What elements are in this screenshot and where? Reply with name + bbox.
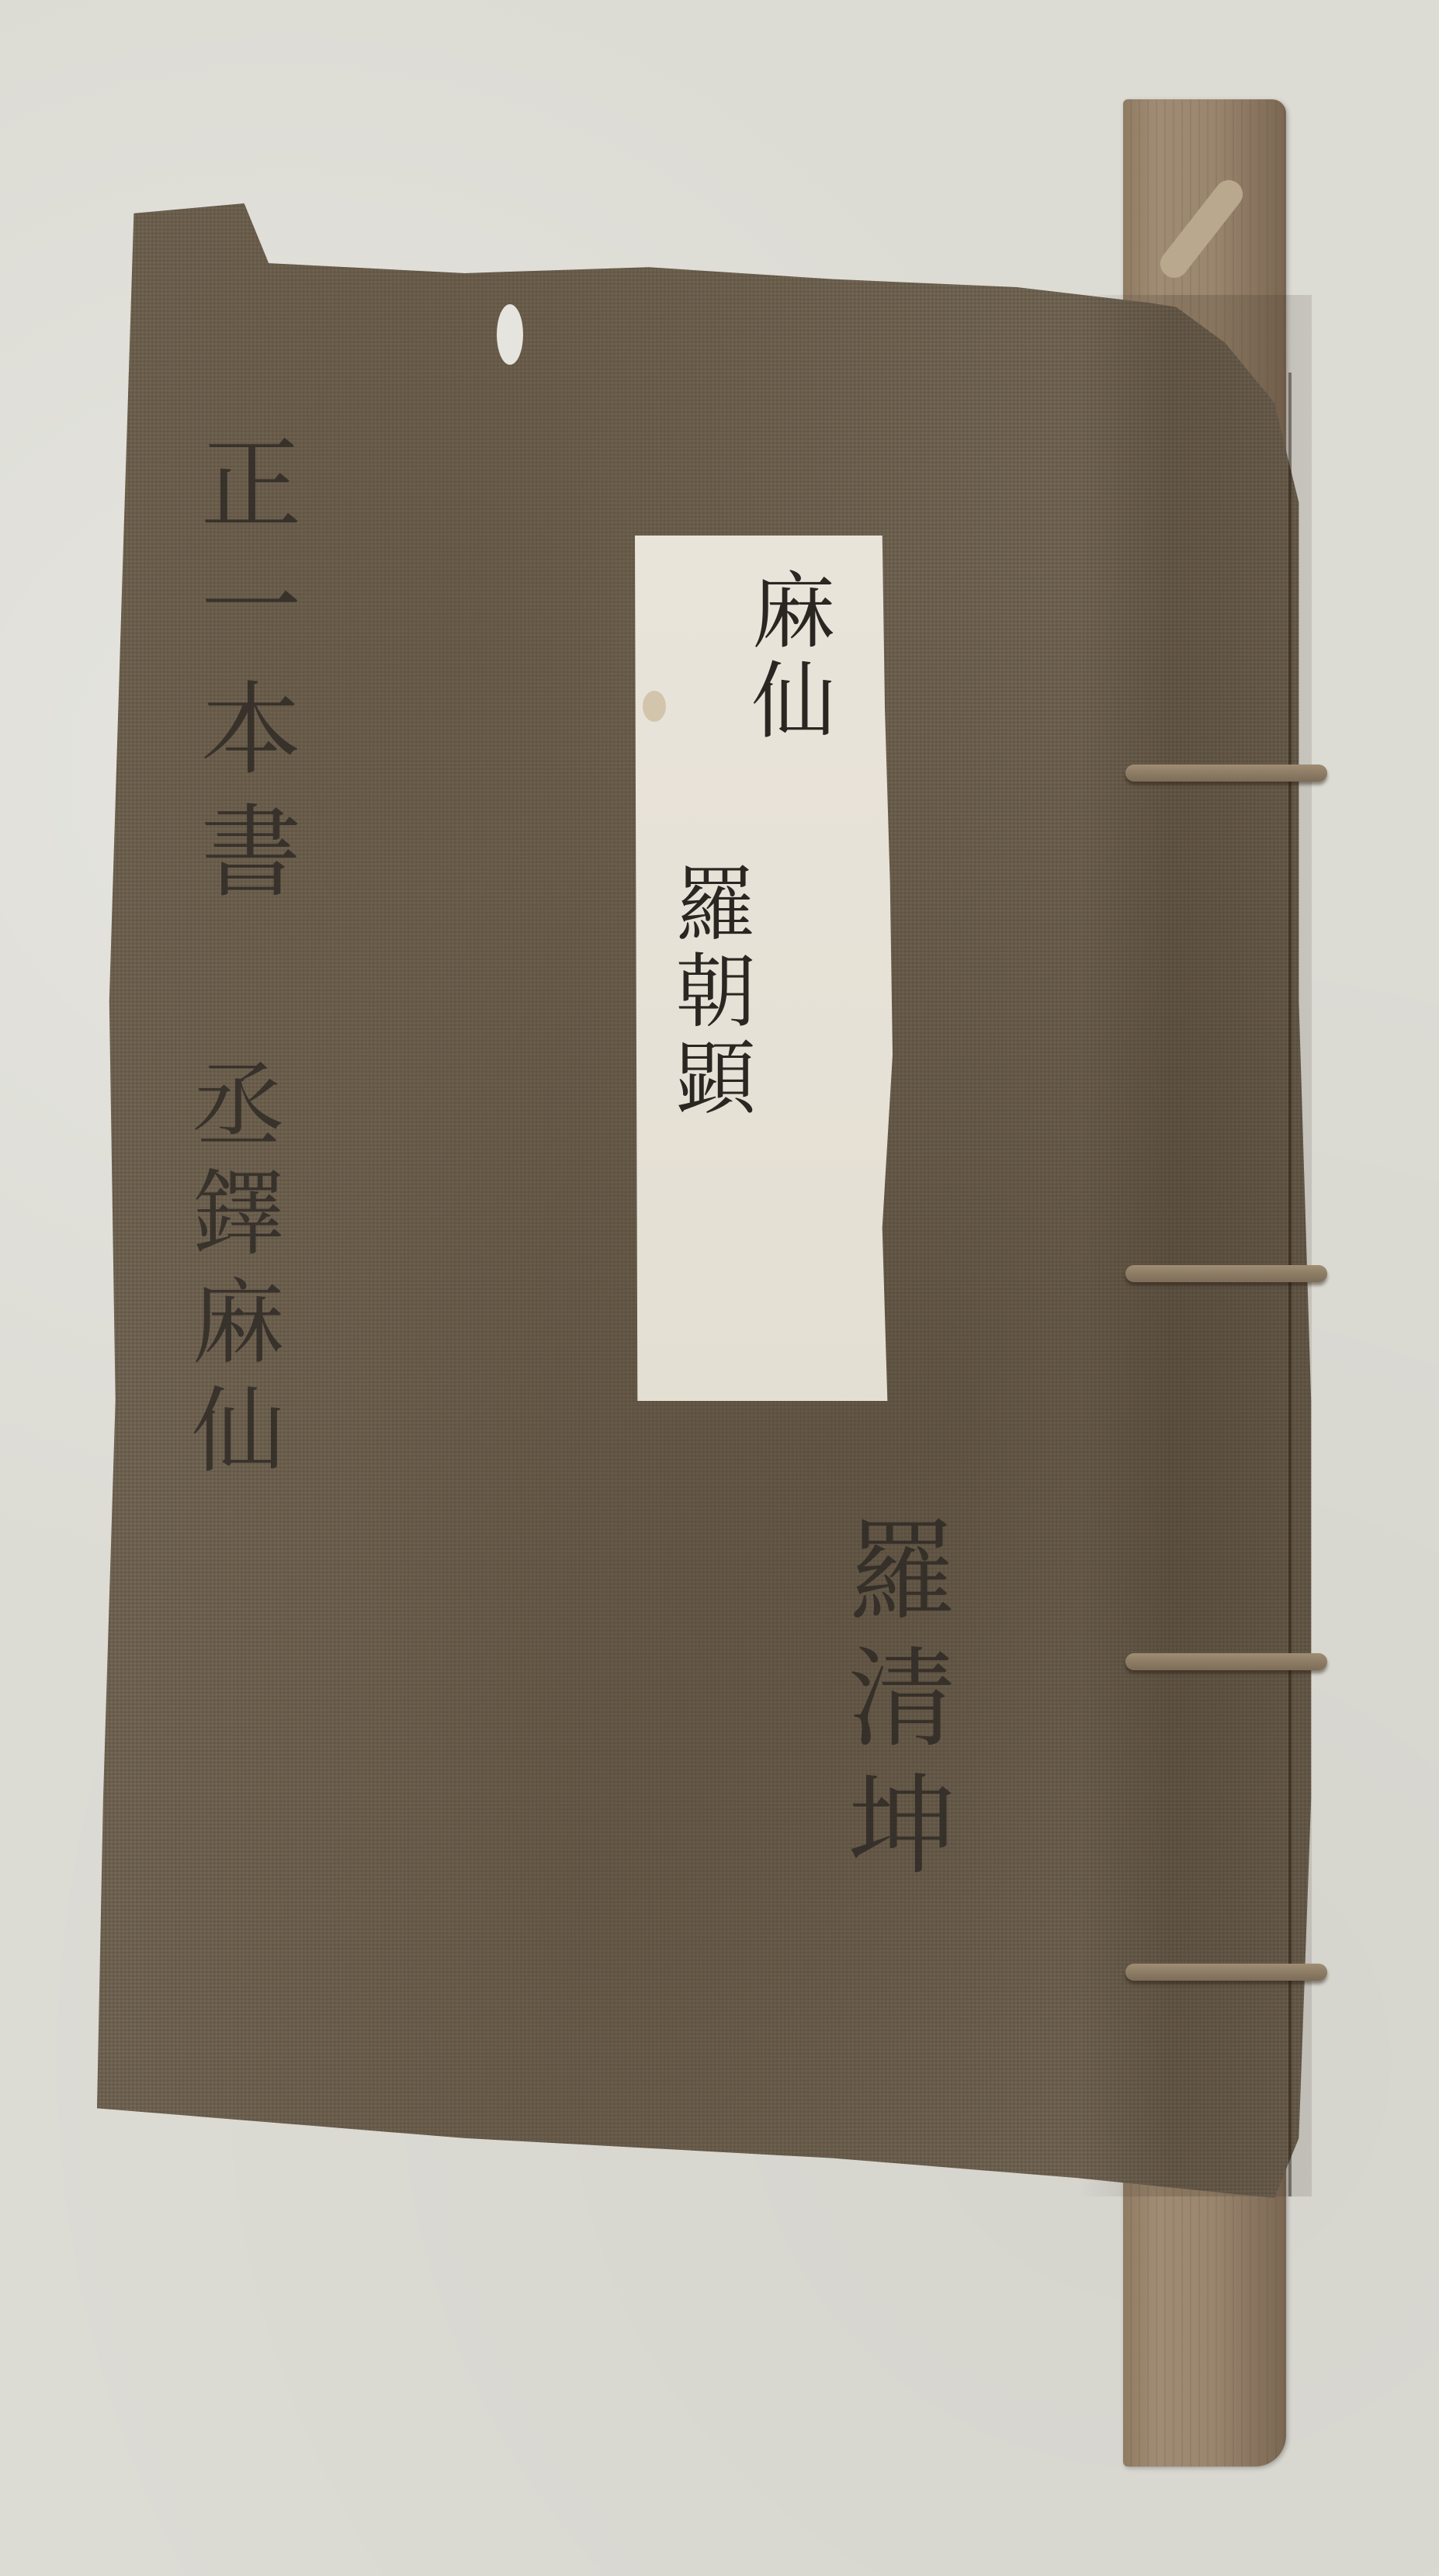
ink-inscription-left-bottom: 丞鐸麻仙 [163, 1056, 296, 1490]
slip-title: 麻仙 [726, 567, 846, 747]
ink-inscription-left-top: 正一本書 [171, 431, 316, 921]
binding-stitch [1125, 1265, 1327, 1282]
binding-stitch [1125, 1653, 1327, 1670]
ink-inscription-right-bottom: 羅清坤 [815, 1513, 971, 1895]
water-stain [643, 691, 666, 722]
binding-stitch [1125, 1964, 1327, 1981]
cover-spine-shadow [1079, 295, 1312, 2196]
spine-fold-line [1288, 373, 1292, 2196]
cloth-hole [497, 304, 523, 365]
binding-stitch [1125, 764, 1327, 782]
slip-author: 羅朝顕 [650, 862, 767, 1122]
title-slip: 麻仙 羅朝顕 [635, 536, 893, 1401]
